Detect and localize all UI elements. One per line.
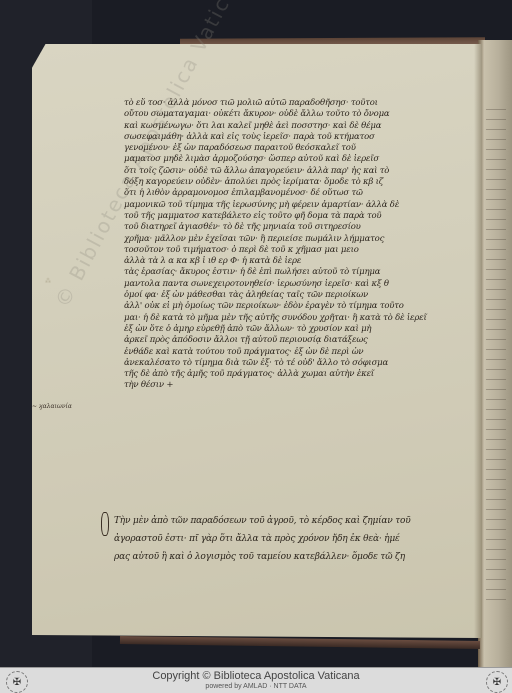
text-line: ἀγοραστοῦ ἐστι· πῖ γὰρ ὅτι ἄλλα τὰ πρὸς … (114, 530, 476, 548)
text-line: καὶ κωσμένωγω· ὅτι λαι καλεῖ μηθὲ ἀεὶ πο… (124, 121, 476, 132)
margin-note: ~ ϗαλαιωνία (32, 403, 72, 410)
text-line: τοῦ διατηρεῖ ἁγιασθέν· τὸ δὲ τῆς μηνιαία… (124, 222, 476, 233)
text-line: μαμονικῶ τοῦ τίμημα τῆς ἱερωσύνης μὴ φέρ… (124, 200, 476, 211)
initial-letter (101, 512, 109, 536)
text-line: τοσοῦτον τοῦ τιμήματοσ· ὁ περὶ δὲ τοῦ κ … (124, 245, 476, 256)
text-line: ἐξ ὧν ὅτε ὁ ἀμηρ εὑρεθῇ ἀπὸ τῶν ἄλλων· τ… (124, 324, 476, 335)
text-line: ὅτι τοῖς ζῶσιν· οὐδὲ τῶ ἄλλω ἀπαγορεύειν… (124, 166, 476, 177)
text-line: οὔτου σωματαγαμαι· οὐκέτι ἄκυρον· οὐδὲ ἄ… (124, 109, 476, 120)
book-fore-edge (478, 40, 512, 667)
text-line: μαματοσ μηδὲ λιμὰσ ἁρμοζούσησ· ὥσπερ αὐτ… (124, 154, 476, 165)
papal-seal-icon: ✠ (486, 671, 508, 693)
text-line: μαντολα παντα σωνεχειροτονηθείσ· ἱερωσύν… (124, 279, 476, 290)
bleed-through-marks: ⁂ (45, 278, 51, 285)
manuscript-viewer[interactable]: © Biblioteca Apostolica Vaticana — RESER… (0, 0, 512, 667)
main-text-block: τὸ εὕ τοσ· ἀλλὰ μόνοσ τιῶ μολιῶ αὐτῶ παρ… (124, 98, 476, 392)
text-line: τὴν θέσιν + (124, 380, 476, 391)
text-line: τὰς ἑρασίας· ἄκυρος ἐστιν· ἡ δὲ ἐπὶ πωλή… (124, 267, 476, 278)
text-line: ρας αὐτοῦ ἢ καὶ ὁ λογισμὸς τοῦ ταμείου κ… (114, 548, 476, 566)
powered-by-text: powered by AMLAD · NTT DATA (0, 683, 512, 690)
text-line: γενομένου· ἐξ ὧν παραδόσεωσ παραιτοῦ θεό… (124, 143, 476, 154)
copyright-text: Copyright © Biblioteca Apostolica Vatica… (0, 670, 512, 682)
text-line: ἀρκεῖ πρὸς ἀπόδοσιν ἄλλοι τῇ αὐτοῦ περιο… (124, 335, 476, 346)
text-line: τοῦ τῆς μαμματοσ κατεβάλετο εἰς τοῦτο φῆ… (124, 211, 476, 222)
text-line: χρῆμα· μᾶλλον μὲν ἐχεῖσαι τῶν· ἢ περιείσ… (124, 234, 476, 245)
lower-text-block: Τὴν μὲν ἀπὸ τῶν παραδόσεων τοῦ ἀγροῦ, τὸ… (114, 512, 476, 566)
text-line: τὸ εὕ τοσ· ἀλλὰ μόνοσ τιῶ μολιῶ αὐτῶ παρ… (124, 98, 476, 109)
text-line: δόξη καγορεύειν οὐδὲν· ἀπολύει πρὸς ἱερί… (124, 177, 476, 188)
text-line: τῆς δὲ ἀπὸ τῆς ἀμῆς τοῦ πράγματος· ἀλλὰ … (124, 369, 476, 380)
text-line: ἀλλὰ τὰ λ α κα κβ ἱ ιθ ερ Φ· ἡ κατὰ δὲ ἱ… (124, 256, 476, 267)
text-line: σωσεφαιμάθη· ἀλλὰ καὶ εἰς τοὺς ἱερεῖσ· π… (124, 132, 476, 143)
text-line: μαι· ἡ δὲ κατὰ τὸ μῆμα μὲν τῆς αὐτῆς συν… (124, 313, 476, 324)
text-line: ἀνεκαλέσατο τὸ τίμημα διὰ τῶν ἐξ· τὸ τέ … (124, 358, 476, 369)
text-line: ὅτι ἡ λιθὸν ἀρραμονομοσ ἐπιλαμβανομένοσ·… (124, 188, 476, 199)
book-bottom-edge (120, 636, 480, 649)
text-line: ἀλλ' οὐκ εἰ μὴ ὁμοίως τῶν περιοίκων· ἐδὸ… (124, 301, 476, 312)
text-line: ἐνθάδε καὶ κατὰ τούτου τοῦ πράγματος· ἐξ… (124, 347, 476, 358)
text-line: ὁμοί φα· ἐξ ὧν μάθεσθαι τὰς ἀληθείας ταῖ… (124, 290, 476, 301)
copyright-footer: ✠ Copyright © Biblioteca Apostolica Vati… (0, 667, 512, 693)
text-line: Τὴν μὲν ἀπὸ τῶν παραδόσεων τοῦ ἀγροῦ, τὸ… (114, 512, 476, 530)
